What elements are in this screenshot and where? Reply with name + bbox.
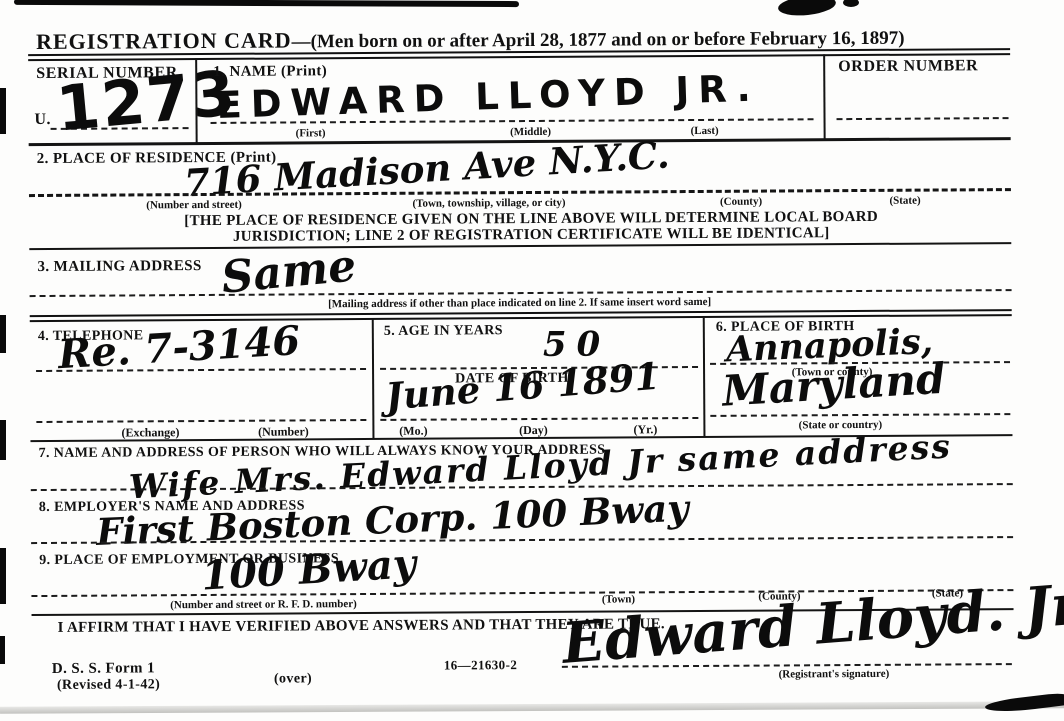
- dob-sub-day: (Day): [519, 423, 548, 438]
- card-content: REGISTRATION CARD—(Men born on or after …: [0, 0, 1064, 721]
- name-sub-last: (Last): [691, 125, 719, 137]
- registration-card-scan: REGISTRATION CARD—(Men born on or after …: [0, 0, 1064, 721]
- telephone-value: Re. 7-3146: [57, 321, 301, 375]
- birth-state-value: Maryland: [721, 358, 946, 413]
- dob-rule: [380, 417, 698, 421]
- scan-artifact-left-edge-2: [0, 315, 6, 353]
- birth-rule-2: [710, 413, 1010, 417]
- serial-number-value: 1273: [54, 62, 240, 141]
- residence-sub-town: (Town, township, village, or city): [412, 197, 565, 210]
- scan-artifact-left-edge-4: [0, 548, 6, 604]
- divider-name-order: [823, 54, 826, 140]
- mailing-bottom-rule: [30, 309, 1012, 322]
- employment-value: 100 Bway: [200, 544, 417, 596]
- dob-sub-mo: (Mo.): [399, 424, 427, 439]
- order-number-label: ORDER NUMBER: [838, 57, 978, 76]
- age-value: 50: [543, 328, 611, 362]
- residence-sub-county: (County): [720, 196, 762, 208]
- form-title: REGISTRATION CARD: [36, 27, 292, 54]
- employment-sub-street: (Number and street or R. F. D. number): [170, 598, 357, 611]
- mailing-rule: [30, 289, 1012, 297]
- name-sub-first: (First): [296, 127, 326, 139]
- birth-sub-state: (State or country): [799, 419, 883, 432]
- age-label: 5. AGE IN YEARS: [384, 323, 503, 340]
- residence-rule: [29, 188, 1011, 197]
- residence-sub-state: (State): [889, 195, 920, 207]
- footer-print-code: 16—21630-2: [444, 657, 517, 673]
- telephone-rule-2: [36, 419, 366, 423]
- dob-value: June 16 1891: [384, 358, 661, 416]
- name-label: 1. NAME (Print): [213, 63, 327, 81]
- scan-artifact-left-edge-5: [0, 636, 5, 664]
- order-rule: [837, 117, 1009, 120]
- signature-sub: (Registrant's signature): [779, 668, 890, 681]
- divider-age-birth: [703, 317, 706, 437]
- divider-tel-age: [372, 319, 375, 439]
- mailing-sub: [Mailing address if other than place ind…: [328, 296, 711, 310]
- footer-form: D. S. S. Form 1: [52, 660, 155, 678]
- telephone-sub-number: (Number): [258, 424, 309, 439]
- residence-sub-street: (Number and street): [146, 199, 242, 212]
- scan-artifact-left-edge-1: [0, 88, 6, 134]
- dob-sub-yr: (Yr.): [633, 422, 657, 437]
- mailing-label: 3. MAILING ADDRESS: [37, 258, 201, 276]
- serial-prefix: U.: [34, 111, 50, 129]
- employment-sub-town: (Town): [602, 593, 635, 605]
- scan-artifact-left-edge-3: [0, 420, 6, 460]
- name-sub-middle: (Middle): [510, 126, 551, 138]
- footer-revised: (Revised 4-1-42): [57, 677, 160, 694]
- footer-over: (over): [274, 671, 312, 687]
